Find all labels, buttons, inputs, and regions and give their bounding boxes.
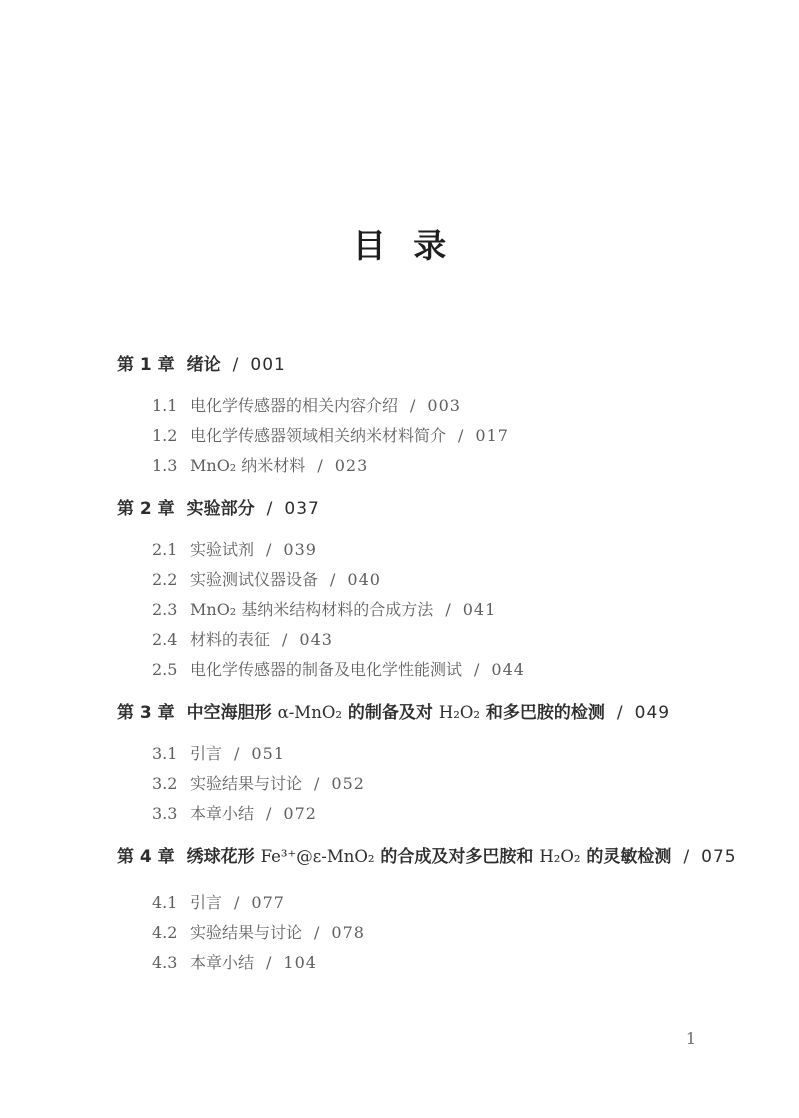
toc-list: 第 1 章绪论/001 1.1电化学传感器的相关内容介绍/003 1.2电化学传… xyxy=(117,356,719,971)
section-title: 本章小结 xyxy=(190,953,254,972)
section-title: 实验测试仪器设备 xyxy=(190,570,318,589)
section-page-number: 023 xyxy=(335,456,369,475)
section-number: 1.1 xyxy=(152,397,190,414)
chapter-title: 中空海胆形 α-MnO₂ 的制备及对 H₂O₂ 和多巴胺的检测 xyxy=(187,703,605,723)
section-page-number: 040 xyxy=(347,570,381,589)
chapter-sections: 4.1引言/077 4.2实验结果与讨论/078 4.3本章小结/104 xyxy=(117,894,719,971)
toc-section-entry: 3.1引言/051 xyxy=(117,745,719,762)
section-title: 电化学传感器领域相关纳米材料简介 xyxy=(190,426,446,445)
section-title: MnO₂ 纳米材料 xyxy=(190,456,305,475)
separator-slash: / xyxy=(474,660,479,679)
section-page-number: 039 xyxy=(283,540,317,559)
chapter-heading: 第 3 章中空海胆形 α-MnO₂ 的制备及对 H₂O₂ 和多巴胺的检测/049 xyxy=(117,704,719,722)
section-number: 2.2 xyxy=(152,571,190,588)
section-page-number: 052 xyxy=(331,774,365,793)
section-title: 实验试剂 xyxy=(190,540,254,559)
separator-slash: / xyxy=(410,396,415,415)
chapter-title: 绣球花形 Fe³⁺@ε-MnO₂ 的合成及对多巴胺和 H₂O₂ 的灵敏检测 xyxy=(187,847,672,867)
section-number: 4.1 xyxy=(152,894,190,911)
chapter-title-text: 绣球花形 xyxy=(187,847,261,867)
section-number: 3.1 xyxy=(152,745,190,762)
toc-section-entry: 3.3本章小结/072 xyxy=(117,805,719,822)
chapter-label: 第 3 章 xyxy=(117,703,175,723)
toc-section-entry: 1.2电化学传感器领域相关纳米材料简介/017 xyxy=(117,427,719,444)
section-title: 材料的表征 xyxy=(190,630,270,649)
section-page-number: 104 xyxy=(283,953,317,972)
chapter-sections: 3.1引言/051 3.2实验结果与讨论/052 3.3本章小结/072 xyxy=(117,745,719,822)
separator-slash: / xyxy=(458,426,463,445)
chapter-page-number: 001 xyxy=(250,355,285,375)
separator-slash: / xyxy=(317,456,322,475)
chapter-page-number: 037 xyxy=(284,499,319,519)
toc-section-entry: 1.3MnO₂ 纳米材料/023 xyxy=(117,457,719,474)
section-title: 引言 xyxy=(190,893,222,912)
chapter-heading: 第 4 章绣球花形 Fe³⁺@ε-MnO₂ 的合成及对多巴胺和 H₂O₂ 的灵敏… xyxy=(117,848,719,866)
chapter-page-number: 075 xyxy=(701,847,736,867)
toc-section-entry: 4.1引言/077 xyxy=(117,894,719,911)
section-page-number: 003 xyxy=(427,396,461,415)
separator-slash: / xyxy=(233,355,239,375)
toc-section-entry: 2.2实验测试仪器设备/040 xyxy=(117,571,719,588)
chapter-title: 绪论 xyxy=(187,355,221,375)
toc-section-entry: 1.1电化学传感器的相关内容介绍/003 xyxy=(117,397,719,414)
chapter-heading: 第 2 章实验部分/037 xyxy=(117,500,719,518)
section-page-number: 041 xyxy=(463,600,497,619)
page-number: 1 xyxy=(686,1030,696,1048)
separator-slash: / xyxy=(330,570,335,589)
toc-section-entry: 2.3MnO₂ 基纳米结构材料的合成方法/041 xyxy=(117,601,719,618)
separator-slash: / xyxy=(617,703,623,723)
toc-page: 目 录 第 1 章绪论/001 1.1电化学传感器的相关内容介绍/003 1.2… xyxy=(0,0,799,1118)
toc-section-entry: 2.5电化学传感器的制备及电化学性能测试/044 xyxy=(117,661,719,678)
chapter-title-text: 的灵敏检测 xyxy=(581,847,672,867)
chapter-label: 第 2 章 xyxy=(117,499,175,519)
chapter-block: 第 4 章绣球花形 Fe³⁺@ε-MnO₂ 的合成及对多巴胺和 H₂O₂ 的灵敏… xyxy=(117,848,719,971)
separator-slash: / xyxy=(282,630,287,649)
chapter-title-text: 和多巴胺的检测 xyxy=(480,703,605,723)
chapter-page-number: 049 xyxy=(635,703,670,723)
section-title: 电化学传感器的相关内容介绍 xyxy=(190,396,398,415)
chapter-sections: 2.1实验试剂/039 2.2实验测试仪器设备/040 2.3MnO₂ 基纳米结… xyxy=(117,541,719,678)
section-number: 3.2 xyxy=(152,775,190,792)
separator-slash: / xyxy=(234,893,239,912)
section-page-number: 044 xyxy=(491,660,525,679)
section-number: 2.5 xyxy=(152,661,190,678)
separator-slash: / xyxy=(234,744,239,763)
separator-slash: / xyxy=(683,847,689,867)
separator-slash: / xyxy=(445,600,450,619)
section-title: 实验结果与讨论 xyxy=(190,923,302,942)
chapter-title-formula: α-MnO₂ xyxy=(278,703,342,722)
section-page-number: 043 xyxy=(299,630,333,649)
chapter-title-text: 绪论 xyxy=(187,355,221,375)
section-title: 本章小结 xyxy=(190,804,254,823)
section-number: 2.4 xyxy=(152,631,190,648)
chapter-label: 第 4 章 xyxy=(117,847,175,867)
section-page-number: 072 xyxy=(283,804,317,823)
section-title: 实验结果与讨论 xyxy=(190,774,302,793)
section-title: 引言 xyxy=(190,744,222,763)
separator-slash: / xyxy=(266,540,271,559)
toc-section-entry: 2.4材料的表征/043 xyxy=(117,631,719,648)
section-number: 1.2 xyxy=(152,427,190,444)
section-number: 2.3 xyxy=(152,601,190,618)
chapter-heading: 第 1 章绪论/001 xyxy=(117,356,719,374)
section-number: 4.2 xyxy=(152,924,190,941)
chapter-title-text: 中空海胆形 xyxy=(187,703,278,723)
toc-section-entry: 2.1实验试剂/039 xyxy=(117,541,719,558)
chapter-title-text: 的合成及对多巴胺和 xyxy=(375,847,540,867)
section-number: 3.3 xyxy=(152,805,190,822)
toc-section-entry: 4.2实验结果与讨论/078 xyxy=(117,924,719,941)
separator-slash: / xyxy=(267,499,273,519)
section-number: 4.3 xyxy=(152,954,190,971)
toc-section-entry: 4.3本章小结/104 xyxy=(117,954,719,971)
separator-slash: / xyxy=(266,953,271,972)
chapter-title-formula: Fe³⁺@ε-MnO₂ xyxy=(261,847,375,866)
section-page-number: 078 xyxy=(331,923,365,942)
chapter-label: 第 1 章 xyxy=(117,355,175,375)
toc-section-entry: 3.2实验结果与讨论/052 xyxy=(117,775,719,792)
section-page-number: 017 xyxy=(475,426,509,445)
separator-slash: / xyxy=(314,774,319,793)
chapter-title-text: 实验部分 xyxy=(187,499,255,519)
chapter-block: 第 2 章实验部分/037 2.1实验试剂/039 2.2实验测试仪器设备/04… xyxy=(117,500,719,678)
chapter-title-formula: H₂O₂ xyxy=(539,847,580,866)
chapter-block: 第 1 章绪论/001 1.1电化学传感器的相关内容介绍/003 1.2电化学传… xyxy=(117,356,719,474)
chapter-block: 第 3 章中空海胆形 α-MnO₂ 的制备及对 H₂O₂ 和多巴胺的检测/049… xyxy=(117,704,719,822)
section-number: 1.3 xyxy=(152,457,190,474)
chapter-title: 实验部分 xyxy=(187,499,255,519)
chapter-title-text: 的制备及对 xyxy=(342,703,439,723)
section-title: 电化学传感器的制备及电化学性能测试 xyxy=(190,660,462,679)
separator-slash: / xyxy=(266,804,271,823)
separator-slash: / xyxy=(314,923,319,942)
section-number: 2.1 xyxy=(152,541,190,558)
chapter-sections: 1.1电化学传感器的相关内容介绍/003 1.2电化学传感器领域相关纳米材料简介… xyxy=(117,397,719,474)
section-title: MnO₂ 基纳米结构材料的合成方法 xyxy=(190,600,433,619)
page-title: 目 录 xyxy=(0,226,799,266)
chapter-title-formula: H₂O₂ xyxy=(439,703,480,722)
section-page-number: 051 xyxy=(251,744,285,763)
section-page-number: 077 xyxy=(251,893,285,912)
